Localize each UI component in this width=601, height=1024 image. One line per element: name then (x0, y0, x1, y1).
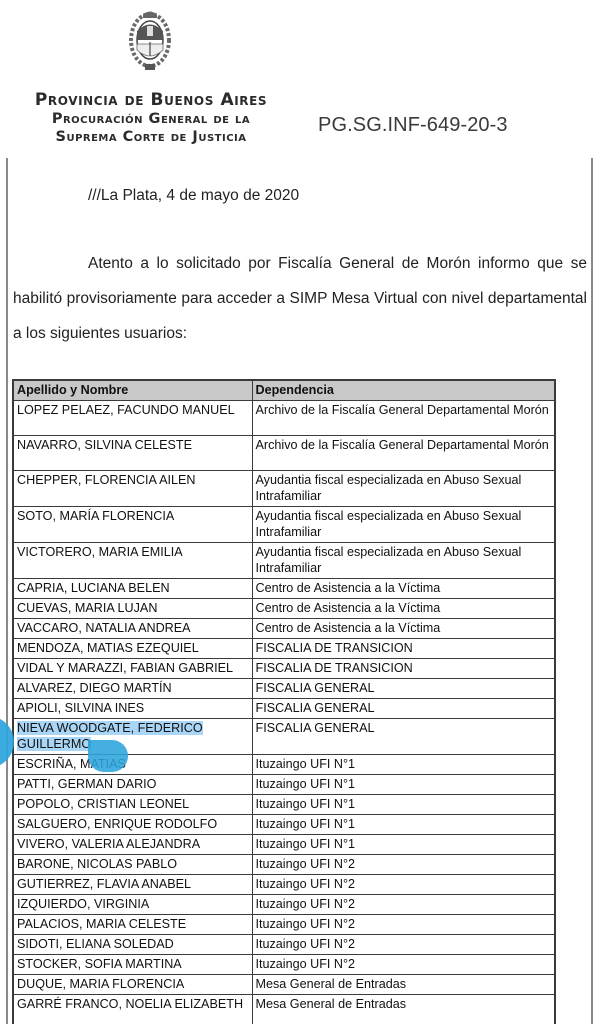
cell-dependencia: FISCALIA DE TRANSICION (252, 639, 555, 659)
table-row: CUEVAS, MARIA LUJANCentro de Asistencia … (13, 599, 555, 619)
table-row: VIVERO, VALERIA ALEJANDRAItuzaingo UFI N… (13, 835, 555, 855)
paragraph-text: Atento a lo solicitado por Fiscalía Gene… (13, 255, 587, 342)
cell-name: MENDOZA, MATIAS EZEQUIEL (13, 639, 252, 659)
cell-name: NIEVA WOODGATE, FEDERICO GUILLERMO (13, 719, 252, 755)
cell-dependencia: Ayudantia fiscal especializada en Abuso … (252, 471, 555, 507)
cell-dependencia: Ituzaingo UFI N°2 (252, 915, 555, 935)
name-text: NAVARRO, SILVINA CELESTE (17, 438, 192, 452)
name-text: STOCKER, SOFIA MARTINA (17, 957, 182, 971)
cell-dependencia: Mesa General de Entradas (252, 995, 555, 1024)
cell-name: SALGUERO, ENRIQUE RODOLFO (13, 815, 252, 835)
table-row: GUTIERREZ, FLAVIA ANABELItuzaingo UFI N°… (13, 875, 555, 895)
cell-dependencia: Mesa General de Entradas (252, 975, 555, 995)
cell-dependencia: Ituzaingo UFI N°1 (252, 755, 555, 775)
name-text: LOPEZ PELAEZ, FACUNDO MANUEL (17, 403, 235, 417)
name-text: VIDAL Y MARAZZI, FABIAN GABRIEL (17, 661, 233, 675)
table-row: IZQUIERDO, VIRGINIAItuzaingo UFI N°2 (13, 895, 555, 915)
cell-name: PALACIOS, MARIA CELESTE (13, 915, 252, 935)
table-row: NAVARRO, SILVINA CELESTEArchivo de la Fi… (13, 436, 555, 471)
cell-dependencia: Ituzaingo UFI N°2 (252, 875, 555, 895)
name-text: ALVAREZ, DIEGO MARTÍN (17, 681, 172, 695)
name-text: SIDOTI, ELIANA SOLEDAD (17, 937, 174, 951)
name-text: PATTI, GERMAN DARIO (17, 777, 156, 791)
cell-name: GARRÉ FRANCO, NOELIA ELIZABETH (13, 995, 252, 1024)
cell-name: SOTO, MARÍA FLORENCIA (13, 507, 252, 543)
cell-name: VICTORERO, MARIA EMILIA (13, 543, 252, 579)
name-text: DUQUE, MARIA FLORENCIA (17, 977, 184, 991)
table-row: SALGUERO, ENRIQUE RODOLFOItuzaingo UFI N… (13, 815, 555, 835)
cell-name: SIDOTI, ELIANA SOLEDAD (13, 935, 252, 955)
cell-dependencia: Ituzaingo UFI N°1 (252, 795, 555, 815)
cell-name: PATTI, GERMAN DARIO (13, 775, 252, 795)
name-text: VACCARO, NATALIA ANDREA (17, 621, 191, 635)
selection-end-handle[interactable] (88, 740, 128, 772)
cell-name: APIOLI, SILVINA INES (13, 699, 252, 719)
cell-dependencia: FISCALIA DE TRANSICION (252, 659, 555, 679)
cell-name: VIDAL Y MARAZZI, FABIAN GABRIEL (13, 659, 252, 679)
name-text: SALGUERO, ENRIQUE RODOLFO (17, 817, 217, 831)
name-text: CAPRIA, LUCIANA BELEN (17, 581, 170, 595)
cell-dependencia: FISCALIA GENERAL (252, 699, 555, 719)
table-row: STOCKER, SOFIA MARTINAItuzaingo UFI N°2 (13, 955, 555, 975)
cell-dependencia: Ituzaingo UFI N°2 (252, 935, 555, 955)
table-row: POPOLO, CRISTIAN LEONELItuzaingo UFI N°1 (13, 795, 555, 815)
name-text: CUEVAS, MARIA LUJAN (17, 601, 157, 615)
cell-dependencia: Ituzaingo UFI N°1 (252, 835, 555, 855)
users-table: Apellido y Nombre Dependencia LOPEZ PELA… (12, 379, 556, 1024)
table-row: CAPRIA, LUCIANA BELENCentro de Asistenci… (13, 579, 555, 599)
issuing-organization: Provincia de Buenos Aires Procuración Ge… (0, 90, 302, 146)
cell-dependencia: FISCALIA GENERAL (252, 679, 555, 699)
cell-dependencia: Ayudantia fiscal especializada en Abuso … (252, 507, 555, 543)
table-row: SOTO, MARÍA FLORENCIAAyudantia fiscal es… (13, 507, 555, 543)
name-text: SOTO, MARÍA FLORENCIA (17, 509, 174, 523)
cell-name: CUEVAS, MARIA LUJAN (13, 599, 252, 619)
cell-name: CAPRIA, LUCIANA BELEN (13, 579, 252, 599)
cell-dependencia: Ituzaingo UFI N°2 (252, 895, 555, 915)
cell-name: VIVERO, VALERIA ALEJANDRA (13, 835, 252, 855)
cell-dependencia: Ituzaingo UFI N°2 (252, 955, 555, 975)
table-row: CHEPPER, FLORENCIA AILENAyudantia fiscal… (13, 471, 555, 507)
cell-dependencia: Centro de Asistencia a la Víctima (252, 579, 555, 599)
name-text: POPOLO, CRISTIAN LEONEL (17, 797, 189, 811)
table-row: VACCARO, NATALIA ANDREACentro de Asisten… (13, 619, 555, 639)
cell-dependencia: Ituzaingo UFI N°1 (252, 815, 555, 835)
table-row: APIOLI, SILVINA INESFISCALIA GENERAL (13, 699, 555, 719)
cell-dependencia: Ituzaingo UFI N°2 (252, 855, 555, 875)
cell-name: VACCARO, NATALIA ANDREA (13, 619, 252, 639)
cell-dependencia: Centro de Asistencia a la Víctima (252, 619, 555, 639)
table-row: MENDOZA, MATIAS EZEQUIELFISCALIA DE TRAN… (13, 639, 555, 659)
cell-name: IZQUIERDO, VIRGINIA (13, 895, 252, 915)
org-procuracion: Procuración General de la (0, 110, 302, 128)
table-row: PATTI, GERMAN DARIOItuzaingo UFI N°1 (13, 775, 555, 795)
name-text: VICTORERO, MARIA EMILIA (17, 545, 183, 559)
table-row: GARRÉ FRANCO, NOELIA ELIZABETHMesa Gener… (13, 995, 555, 1024)
cell-name: ESCRIÑA, MATIAS (13, 755, 252, 775)
table-row: DUQUE, MARIA FLORENCIAMesa General de En… (13, 975, 555, 995)
cell-name: STOCKER, SOFIA MARTINA (13, 955, 252, 975)
page-border-left (6, 158, 8, 1024)
column-header-dependencia: Dependencia (252, 380, 555, 401)
name-text: APIOLI, SILVINA INES (17, 701, 144, 715)
document-reference: PG.SG.INF-649-20-3 (318, 114, 508, 137)
cell-dependencia: Ayudantia fiscal especializada en Abuso … (252, 543, 555, 579)
cell-name: GUTIERREZ, FLAVIA ANABEL (13, 875, 252, 895)
cell-dependencia: Ituzaingo UFI N°1 (252, 775, 555, 795)
table-row: VIDAL Y MARAZZI, FABIAN GABRIELFISCALIA … (13, 659, 555, 679)
table-row: PALACIOS, MARIA CELESTEItuzaingo UFI N°2 (13, 915, 555, 935)
name-text: CHEPPER, FLORENCIA AILEN (17, 473, 195, 487)
table-row: VICTORERO, MARIA EMILIAAyudantia fiscal … (13, 543, 555, 579)
org-province: Provincia de Buenos Aires (0, 90, 302, 110)
name-text: VIVERO, VALERIA ALEJANDRA (17, 837, 200, 851)
table-row: SIDOTI, ELIANA SOLEDADItuzaingo UFI N°2 (13, 935, 555, 955)
cell-name: CHEPPER, FLORENCIA AILEN (13, 471, 252, 507)
table-header-row: Apellido y Nombre Dependencia (13, 380, 555, 401)
org-suprema-corte: Suprema Corte de Justicia (0, 128, 302, 146)
cell-name: DUQUE, MARIA FLORENCIA (13, 975, 252, 995)
name-text: GUTIERREZ, FLAVIA ANABEL (17, 877, 191, 891)
name-text: BARONE, NICOLAS PABLO (17, 857, 177, 871)
column-header-name: Apellido y Nombre (13, 380, 252, 401)
cell-name: NAVARRO, SILVINA CELESTE (13, 436, 252, 471)
table-row: LOPEZ PELAEZ, FACUNDO MANUELArchivo de l… (13, 401, 555, 436)
name-text: IZQUIERDO, VIRGINIA (17, 897, 149, 911)
name-text: PALACIOS, MARIA CELESTE (17, 917, 186, 931)
table-body: LOPEZ PELAEZ, FACUNDO MANUELArchivo de l… (13, 401, 555, 1024)
table-row: ALVAREZ, DIEGO MARTÍNFISCALIA GENERAL (13, 679, 555, 699)
cell-name: BARONE, NICOLAS PABLO (13, 855, 252, 875)
cell-dependencia: FISCALIA GENERAL (252, 719, 555, 755)
body-paragraph: Atento a lo solicitado por Fiscalía Gene… (13, 246, 587, 351)
cell-name: POPOLO, CRISTIAN LEONEL (13, 795, 252, 815)
name-text: MENDOZA, MATIAS EZEQUIEL (17, 641, 199, 655)
cell-name: LOPEZ PELAEZ, FACUNDO MANUEL (13, 401, 252, 436)
cell-dependencia: Centro de Asistencia a la Víctima (252, 599, 555, 619)
coat-of-arms-icon (127, 4, 173, 74)
cell-dependencia: Archivo de la Fiscalía General Departame… (252, 436, 555, 471)
cell-name: ALVAREZ, DIEGO MARTÍN (13, 679, 252, 699)
page-border-right (591, 158, 593, 1024)
cell-dependencia: Archivo de la Fiscalía General Departame… (252, 401, 555, 436)
date-line: ///La Plata, 4 de mayo de 2020 (88, 187, 299, 205)
table-row: BARONE, NICOLAS PABLOItuzaingo UFI N°2 (13, 855, 555, 875)
name-text: GARRÉ FRANCO, NOELIA ELIZABETH (17, 997, 243, 1011)
